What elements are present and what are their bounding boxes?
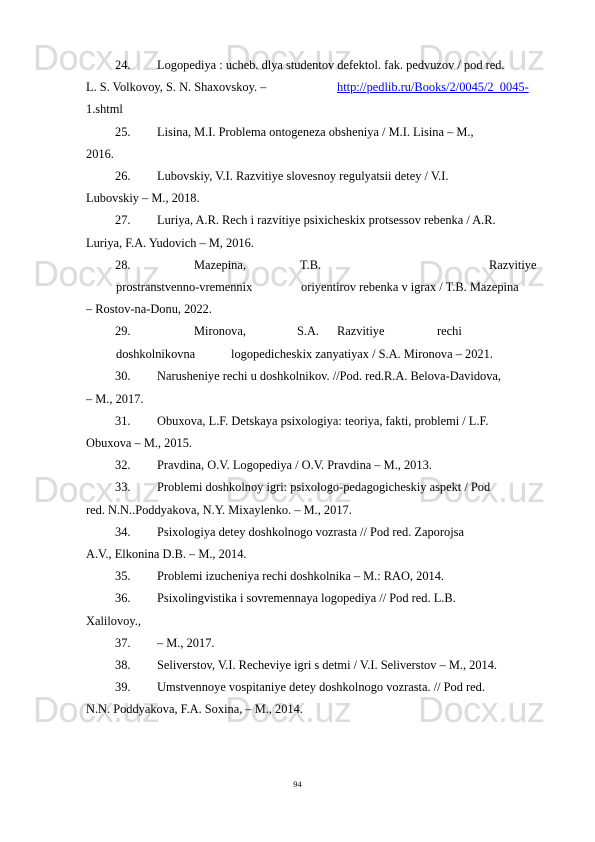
entry-text: Luriya, A.R. Rech i razvitiye psixichesk… xyxy=(157,213,496,227)
entry-number: 31. xyxy=(115,414,131,428)
reference-link[interactable]: http://pedlib.ru/Books/2/0045/2_0045- xyxy=(337,80,529,94)
entry-number: 30. xyxy=(115,369,131,383)
entry-text: Mazepina, xyxy=(194,258,246,272)
entry-text: Razvitiye xyxy=(489,258,536,272)
entry-text: Narusheniye rechi u doshkolnikov. //Pod.… xyxy=(157,369,501,383)
entry-number: 24. xyxy=(115,58,131,72)
entry-text: – M., 2017. xyxy=(157,636,214,650)
entry-text: Problemi izucheniya rechi doshkolnika – … xyxy=(157,569,444,583)
entry-text: S.A. xyxy=(297,324,319,338)
entry-text: Psixologiya detey doshkolnogo vozrasta /… xyxy=(157,525,464,539)
entry-text: Luriya, F.A. Yudovich – M, 2016. xyxy=(86,236,254,250)
entry-text: Problemi doshkolnoy igri: psixologo-peda… xyxy=(157,480,490,494)
entry-text: Logopediya : ucheb. dlya studentov defek… xyxy=(157,58,550,72)
entry-text: Pravdina, O.V. Logopediya / O.V. Pravdin… xyxy=(157,458,432,472)
entry-text: – M., 2017. xyxy=(86,392,143,406)
entry-text: Obuxova, L.F. Detskaya psixologiya: teor… xyxy=(157,414,488,428)
entry-text: Lubovskiy – M., 2018. xyxy=(86,191,200,205)
entry-number: 36. xyxy=(115,591,131,605)
entry-text: 2016. xyxy=(86,147,114,161)
entry-text: rechi xyxy=(437,324,462,338)
entry-text: A.V., Elkonina D.B. – M., 2014. xyxy=(86,547,247,561)
entry-text: T.B. xyxy=(300,258,321,272)
entry-text: – Rostov-na-Donu, 2022. xyxy=(86,302,212,316)
page-number: 94 xyxy=(0,779,595,789)
entry-text: 1.shtml xyxy=(86,102,123,116)
entry-text: Seliverstov, V.I. Recheviye igri s detmi… xyxy=(157,658,497,672)
entry-text: Xalilovoy., xyxy=(86,614,141,628)
entry-number: 38. xyxy=(115,658,131,672)
entry-number: 34. xyxy=(115,525,131,539)
entry-number: 32. xyxy=(115,458,131,472)
entry-text: N.N. Poddyakova, F.A. Soxina, – M., 2014… xyxy=(86,702,303,716)
entry-text: Psixolingvistika i sovremennaya logopedi… xyxy=(157,591,456,605)
entry-text: prostranstvenno-vremennix xyxy=(116,280,252,294)
entry-text: Obuxova – M., 2015. xyxy=(86,436,192,450)
entry-text: doshkolnikovna xyxy=(116,347,195,361)
entry-number: 28. xyxy=(115,258,131,272)
entry-text: Mironova, xyxy=(194,324,246,338)
entry-number: 27. xyxy=(115,213,131,227)
entry-text: Lisina, M.I. Problema ontogeneza obsheni… xyxy=(157,125,474,139)
entry-text: logopedicheskix zanyatiyax / S.A. Mirono… xyxy=(231,347,493,361)
entry-text: Razvitiye xyxy=(337,324,384,338)
entry-number: 26. xyxy=(115,169,131,183)
entry-number: 39. xyxy=(115,680,131,694)
entry-text: red. N.N..Poddyakova, N.Y. Mixaylenko. –… xyxy=(86,503,352,517)
entry-text: Lubovskiy, V.I. Razvitiye slovesnoy regu… xyxy=(157,169,449,183)
bibliography-page: 24. Logopediya : ucheb. dlya studentov d… xyxy=(0,0,595,842)
entry-number: 33. xyxy=(115,480,131,494)
entry-text: L. S. Volkovoy, S. N. Shaxovskoy. – xyxy=(86,80,266,94)
entry-number: 25. xyxy=(115,125,131,139)
entry-text: Umstvennoye vospitaniye detey doshkolnog… xyxy=(157,680,485,694)
entry-number: 29. xyxy=(115,324,131,338)
entry-number: 35. xyxy=(115,569,131,583)
entry-text: oriyentirov rebenka v igrax / T.B. Mazep… xyxy=(301,280,519,294)
entry-number: 37. xyxy=(115,636,131,650)
